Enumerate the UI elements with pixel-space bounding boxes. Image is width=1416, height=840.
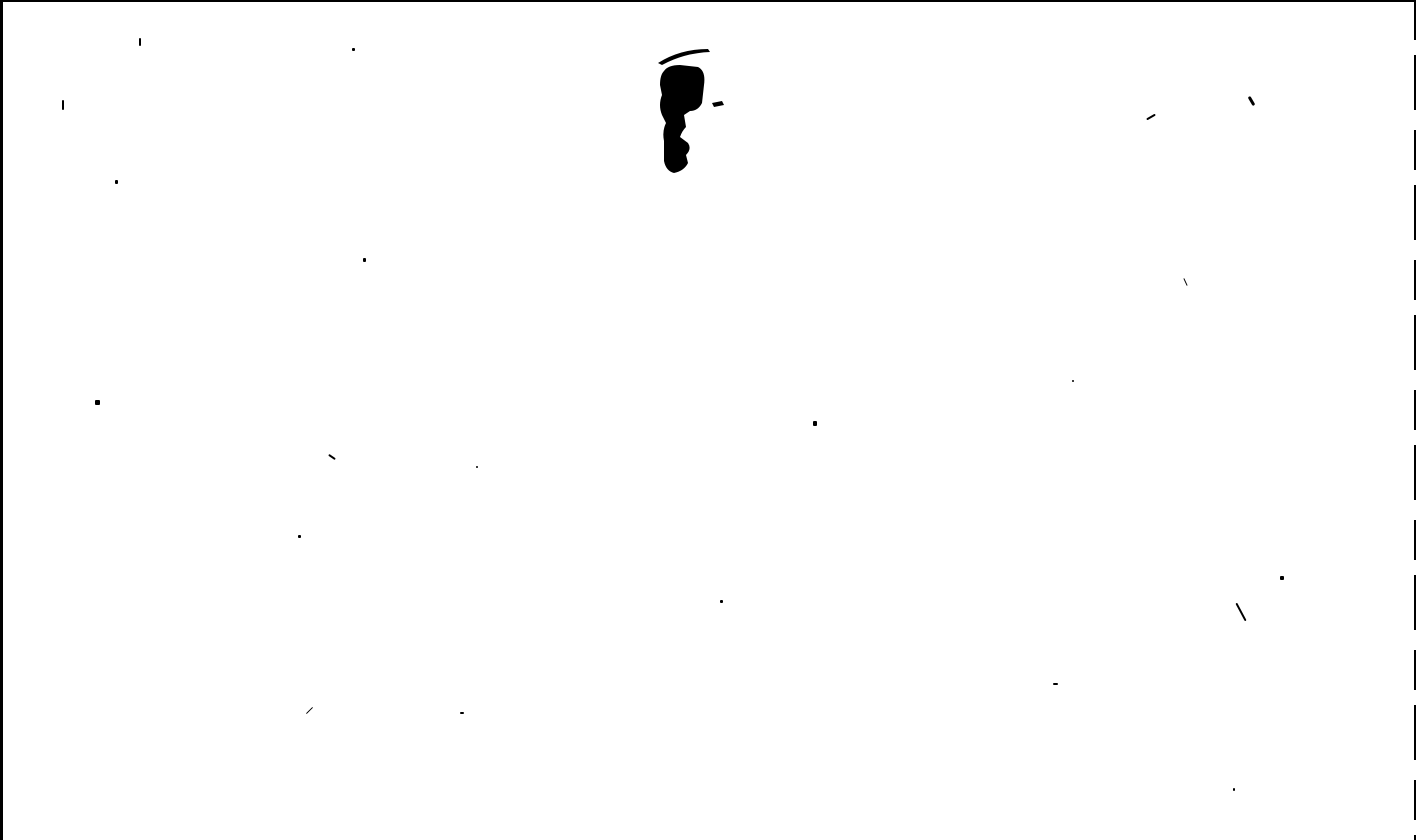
scan-border-left <box>0 0 3 840</box>
scan-speck <box>476 466 478 468</box>
scan-speck <box>95 400 100 405</box>
scan-speck <box>1072 380 1074 382</box>
scan-streak <box>306 707 313 714</box>
scan-speck <box>813 421 817 426</box>
scan-speck <box>460 712 464 714</box>
scan-speck <box>115 180 118 184</box>
scan-speck <box>720 600 723 603</box>
scan-speck <box>62 100 64 110</box>
scan-streak <box>1235 603 1246 622</box>
scan-speck <box>1280 576 1284 580</box>
scanned-page <box>0 0 1416 840</box>
scan-speck <box>363 258 366 262</box>
scan-streak <box>1183 278 1187 286</box>
scan-border-top <box>0 0 1416 2</box>
ink-blob <box>650 45 730 180</box>
scan-speck <box>1233 788 1235 791</box>
scan-streak <box>1146 114 1156 121</box>
scan-speck <box>139 38 141 46</box>
scan-speck <box>1053 683 1058 685</box>
scan-speck <box>298 535 301 538</box>
scan-streak <box>328 454 336 460</box>
scan-streak <box>1248 96 1256 106</box>
scan-speck <box>352 48 355 51</box>
